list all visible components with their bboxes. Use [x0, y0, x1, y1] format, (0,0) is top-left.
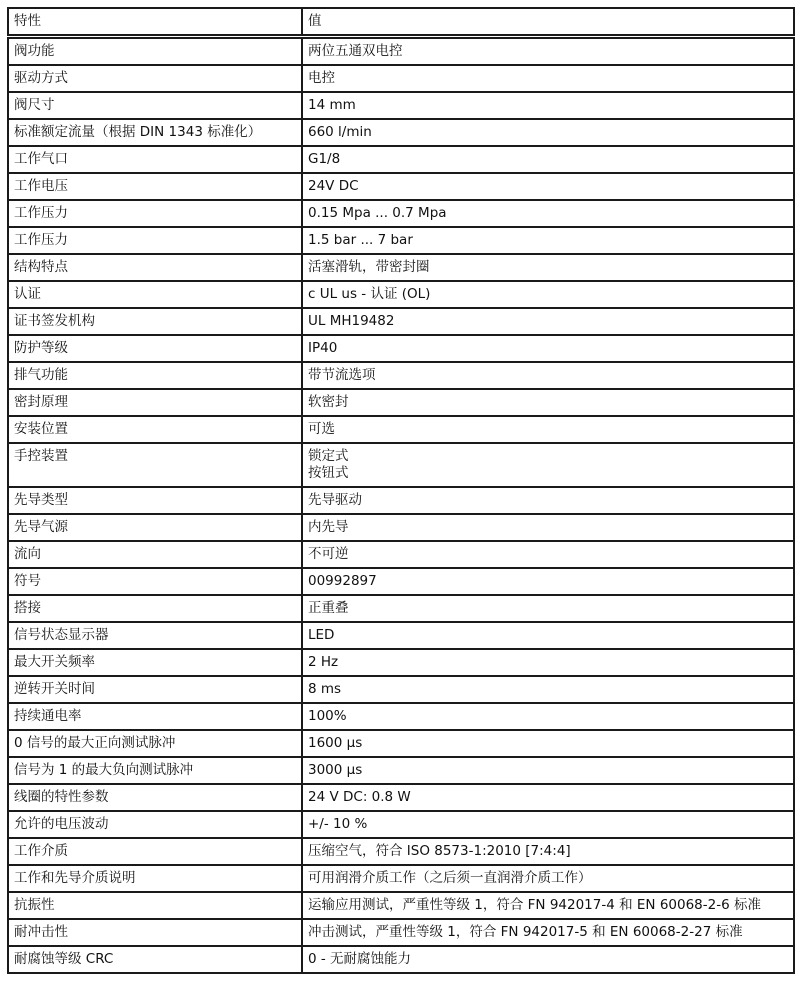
table-row: 标准额定流量（根据 DIN 1343 标准化）660 l/min [8, 119, 794, 146]
property-cell: 防护等级 [8, 335, 302, 362]
property-cell: 先导气源 [8, 514, 302, 541]
property-cell: 阀功能 [8, 37, 302, 66]
value-cell: 0.15 Mpa ... 0.7 Mpa [302, 200, 794, 227]
table-row: 结构特点活塞滑轨，带密封圈 [8, 254, 794, 281]
table-row: 工作介质压缩空气，符合 ISO 8573-1:2010 [7:4:4] [8, 838, 794, 865]
value-cell: 可选 [302, 416, 794, 443]
property-cell: 工作压力 [8, 200, 302, 227]
property-cell: 耐腐蚀等级 CRC [8, 946, 302, 973]
table-row: 工作气口G1/8 [8, 146, 794, 173]
table-row: 排气功能带节流选项 [8, 362, 794, 389]
table-row: 工作压力1.5 bar ... 7 bar [8, 227, 794, 254]
property-cell: 最大开关频率 [8, 649, 302, 676]
table-row: 驱动方式电控 [8, 65, 794, 92]
property-cell: 手控装置 [8, 443, 302, 487]
property-cell: 结构特点 [8, 254, 302, 281]
value-cell: UL MH19482 [302, 308, 794, 335]
value-cell: 1.5 bar ... 7 bar [302, 227, 794, 254]
property-cell: 搭接 [8, 595, 302, 622]
value-cell: 内先导 [302, 514, 794, 541]
value-cell: 可用润滑介质工作（之后须一直润滑介质工作） [302, 865, 794, 892]
spec-table: 特性 值 阀功能两位五通双电控驱动方式电控阀尺寸14 mm标准额定流量（根据 D… [7, 7, 795, 974]
header-row: 特性 值 [8, 8, 794, 37]
property-cell: 耐冲击性 [8, 919, 302, 946]
property-cell: 工作压力 [8, 227, 302, 254]
value-cell: 660 l/min [302, 119, 794, 146]
table-row: 流向不可逆 [8, 541, 794, 568]
property-cell: 信号状态显示器 [8, 622, 302, 649]
table-row: 阀功能两位五通双电控 [8, 37, 794, 66]
table-row: 工作和先导介质说明可用润滑介质工作（之后须一直润滑介质工作） [8, 865, 794, 892]
property-cell: 安装位置 [8, 416, 302, 443]
value-cell: 压缩空气，符合 ISO 8573-1:2010 [7:4:4] [302, 838, 794, 865]
table-row: 符号00992897 [8, 568, 794, 595]
value-cell: 锁定式 按钮式 [302, 443, 794, 487]
property-cell: 工作和先导介质说明 [8, 865, 302, 892]
property-cell: 先导类型 [8, 487, 302, 514]
table-row: 工作压力0.15 Mpa ... 0.7 Mpa [8, 200, 794, 227]
value-cell: 先导驱动 [302, 487, 794, 514]
value-cell: 2 Hz [302, 649, 794, 676]
value-cell: 两位五通双电控 [302, 37, 794, 66]
property-cell: 证书签发机构 [8, 308, 302, 335]
value-cell: 活塞滑轨，带密封圈 [302, 254, 794, 281]
value-cell: 电控 [302, 65, 794, 92]
property-cell: 信号为 1 的最大负向测试脉冲 [8, 757, 302, 784]
value-cell: G1/8 [302, 146, 794, 173]
property-cell: 线圈的特性参数 [8, 784, 302, 811]
property-cell: 标准额定流量（根据 DIN 1343 标准化） [8, 119, 302, 146]
value-cell: 带节流选项 [302, 362, 794, 389]
property-cell: 工作介质 [8, 838, 302, 865]
property-cell: 允许的电压波动 [8, 811, 302, 838]
property-cell: 逆转开关时间 [8, 676, 302, 703]
table-row: 逆转开关时间8 ms [8, 676, 794, 703]
table-row: 持续通电率100% [8, 703, 794, 730]
table-row: 耐腐蚀等级 CRC0 - 无耐腐蚀能力 [8, 946, 794, 973]
property-cell: 流向 [8, 541, 302, 568]
table-row: 信号为 1 的最大负向测试脉冲3000 μs [8, 757, 794, 784]
table-row: 0 信号的最大正向测试脉冲1600 μs [8, 730, 794, 757]
table-row: 工作电压24V DC [8, 173, 794, 200]
header-property: 特性 [8, 8, 302, 37]
table-row: 信号状态显示器LED [8, 622, 794, 649]
table-row: 阀尺寸14 mm [8, 92, 794, 119]
value-cell: 24V DC [302, 173, 794, 200]
table-row: 搭接正重叠 [8, 595, 794, 622]
table-row: 线圈的特性参数24 V DC: 0.8 W [8, 784, 794, 811]
value-cell: 3000 μs [302, 757, 794, 784]
property-cell: 抗振性 [8, 892, 302, 919]
table-row: 最大开关频率2 Hz [8, 649, 794, 676]
property-cell: 工作电压 [8, 173, 302, 200]
property-cell: 工作气口 [8, 146, 302, 173]
value-cell: 不可逆 [302, 541, 794, 568]
property-cell: 持续通电率 [8, 703, 302, 730]
table-row: 手控装置锁定式 按钮式 [8, 443, 794, 487]
property-cell: 符号 [8, 568, 302, 595]
table-row: 允许的电压波动+/- 10 % [8, 811, 794, 838]
table-row: 先导气源内先导 [8, 514, 794, 541]
value-cell: 软密封 [302, 389, 794, 416]
table-body: 阀功能两位五通双电控驱动方式电控阀尺寸14 mm标准额定流量（根据 DIN 13… [8, 37, 794, 974]
value-cell: 14 mm [302, 92, 794, 119]
value-cell: 冲击测试，严重性等级 1，符合 FN 942017-5 和 EN 60068-2… [302, 919, 794, 946]
table-row: 安装位置可选 [8, 416, 794, 443]
table-row: 认证c UL us - 认证 (OL) [8, 281, 794, 308]
value-cell: 0 - 无耐腐蚀能力 [302, 946, 794, 973]
table-row: 抗振性运输应用测试，严重性等级 1，符合 FN 942017-4 和 EN 60… [8, 892, 794, 919]
table-row: 耐冲击性冲击测试，严重性等级 1，符合 FN 942017-5 和 EN 600… [8, 919, 794, 946]
property-cell: 认证 [8, 281, 302, 308]
value-cell: IP40 [302, 335, 794, 362]
value-cell: +/- 10 % [302, 811, 794, 838]
value-cell: 00992897 [302, 568, 794, 595]
value-cell: 100% [302, 703, 794, 730]
value-cell: 8 ms [302, 676, 794, 703]
value-cell: 1600 μs [302, 730, 794, 757]
header-value: 值 [302, 8, 794, 37]
property-cell: 密封原理 [8, 389, 302, 416]
table-row: 防护等级IP40 [8, 335, 794, 362]
table-row: 密封原理软密封 [8, 389, 794, 416]
property-cell: 排气功能 [8, 362, 302, 389]
value-cell: 24 V DC: 0.8 W [302, 784, 794, 811]
property-cell: 驱动方式 [8, 65, 302, 92]
value-cell: 正重叠 [302, 595, 794, 622]
table-row: 先导类型先导驱动 [8, 487, 794, 514]
value-cell: c UL us - 认证 (OL) [302, 281, 794, 308]
value-cell: LED [302, 622, 794, 649]
table-row: 证书签发机构UL MH19482 [8, 308, 794, 335]
value-cell: 运输应用测试，严重性等级 1，符合 FN 942017-4 和 EN 60068… [302, 892, 794, 919]
property-cell: 阀尺寸 [8, 92, 302, 119]
property-cell: 0 信号的最大正向测试脉冲 [8, 730, 302, 757]
